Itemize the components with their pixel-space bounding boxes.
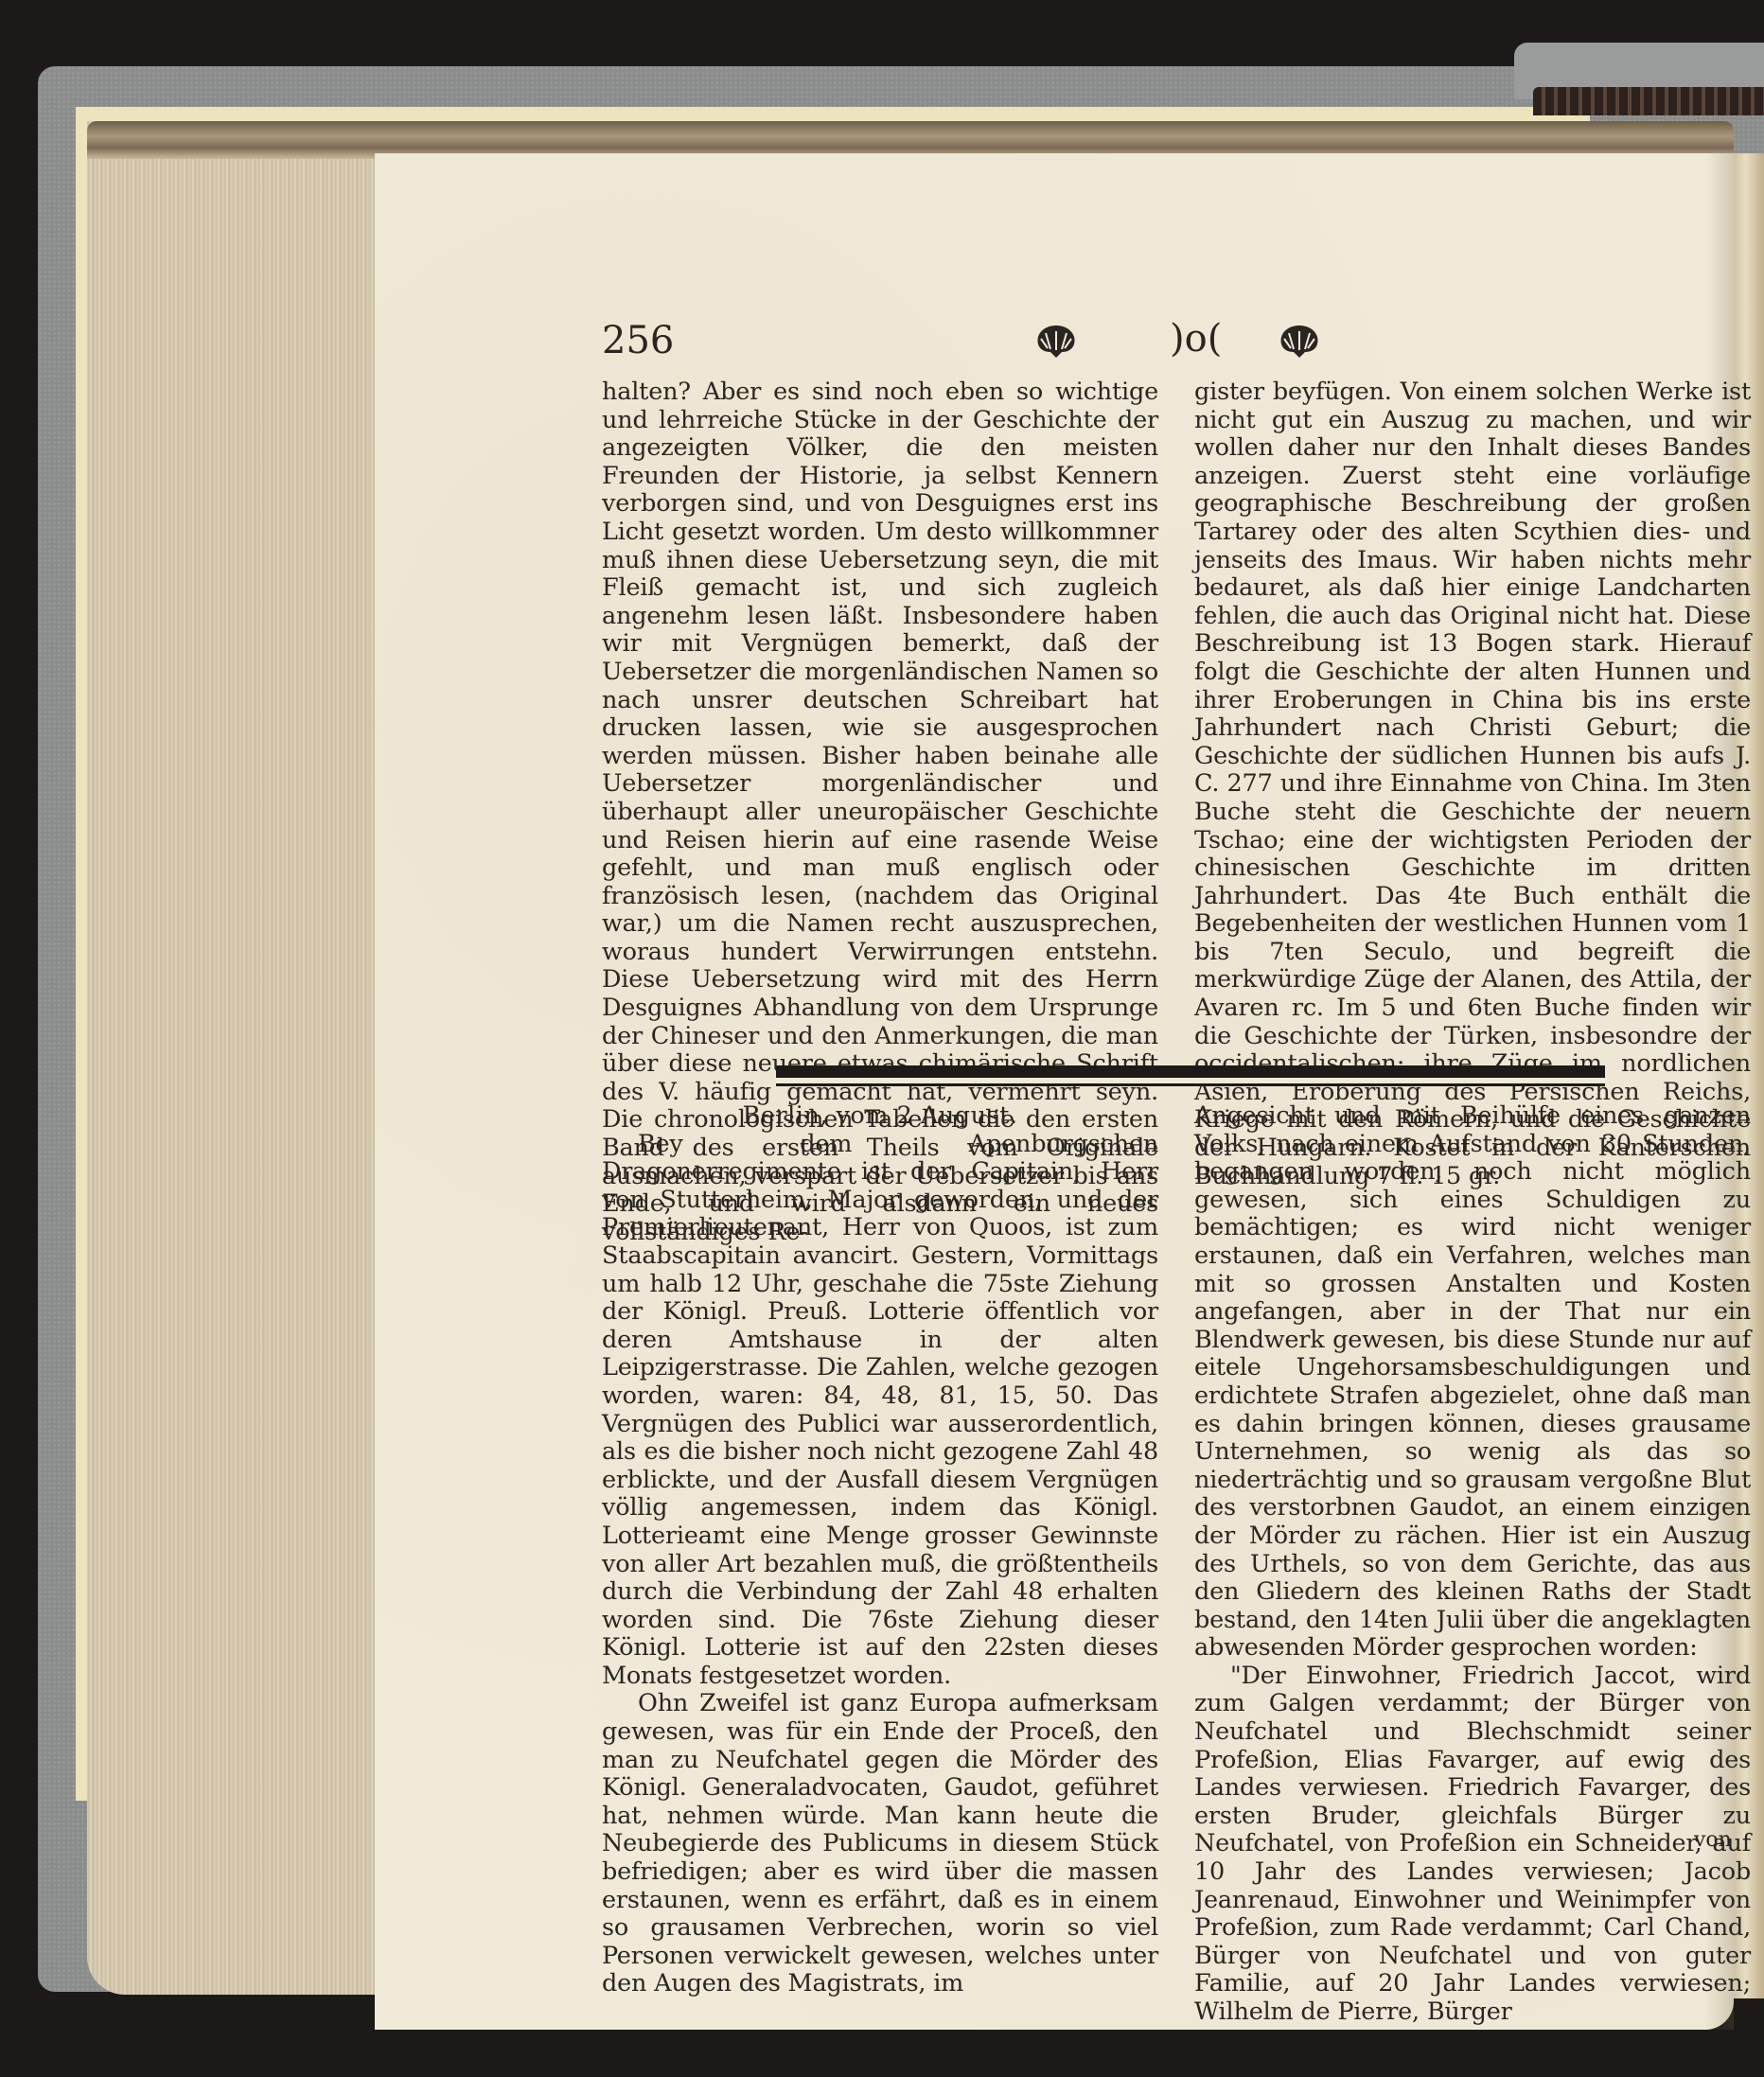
page-fore-edge xyxy=(87,121,380,1995)
shell-ornament-icon xyxy=(1278,324,1321,360)
dateline: Berlin, vom 2 August. xyxy=(602,1102,1158,1131)
paragraph: Ohn Zweifel ist ganz Europa aufmerksam g… xyxy=(602,1690,1158,1998)
headband xyxy=(1533,87,1764,115)
paragraph: Angesicht und mit Beihülfe eines ganzen … xyxy=(1194,1102,1751,1663)
section-divider-rule xyxy=(776,1065,1605,1086)
center-ornament: )o( xyxy=(1170,317,1222,361)
page-number: 256 xyxy=(602,319,674,362)
paragraph: Bey dem Apenburgschen Dragonerregimente … xyxy=(602,1131,1158,1691)
catchword: von xyxy=(1694,1828,1732,1852)
news-column-left: Berlin, vom 2 August. Bey dem Apenburgsc… xyxy=(602,1102,1158,1998)
shell-ornament-icon xyxy=(1034,324,1078,360)
news-column-right: Angesicht und mit Beihülfe eines ganzen … xyxy=(1194,1102,1751,2027)
paragraph: "Der Einwohner, Friedrich Jaccot, wird z… xyxy=(1194,1663,1751,2027)
